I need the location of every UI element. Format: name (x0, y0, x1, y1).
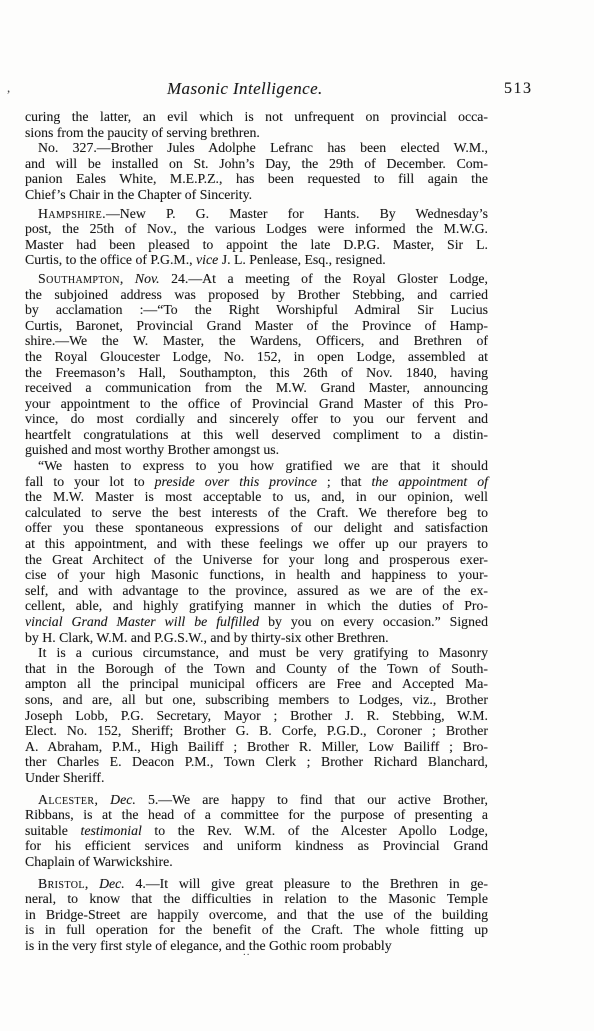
text-line: Elect. No. 152, Sheriff; Brother G. B. C… (25, 723, 488, 739)
body-text: Chief’s Chair in the Chapter of Sincerit… (25, 187, 252, 202)
body-text: in Bridge-Street are happily overcome, a… (25, 907, 488, 922)
text-line: in Bridge-Street are happily overcome, a… (25, 907, 488, 923)
text-line: shire.—We the W. Master, the Wardens, Of… (25, 333, 488, 349)
text-line: is in full operation for the benefit of … (25, 922, 488, 938)
body-text: cise of your high Masonic functions, in … (25, 567, 488, 582)
body-text: —New P. G. Master for Hants. By Wednesda… (106, 206, 488, 221)
text-line: sons, and are, all but one, subscribing … (25, 692, 488, 708)
body-text: fall to your lot to (25, 474, 155, 489)
text-line: ampton all the principal municipal offic… (25, 676, 488, 692)
body-text: that in the Borough of the Town and Coun… (25, 661, 488, 676)
text-line: Master had been pleased to appoint the l… (25, 237, 488, 253)
text-line: Southampton, Nov. 24.—At a meeting of th… (25, 271, 488, 287)
running-head-title: Masonic Intelligence. (167, 79, 323, 99)
text-line: Chaplain of Warwickshire. (25, 854, 488, 870)
body-text: calculated to serve the best interests o… (25, 505, 488, 520)
text-line: Ribbans, is at the head of a committee f… (25, 807, 488, 823)
text-line: neral, to know that the difficulties in … (25, 891, 488, 907)
body-text: Ribbans, is at the head of a committee f… (25, 807, 488, 822)
paragraph: Bristol, Dec. 4.—It will give great plea… (25, 876, 488, 954)
paragraph: Southampton, Nov. 24.—At a meeting of th… (25, 271, 488, 458)
text-line: “We hasten to express to you how gratifi… (25, 458, 488, 474)
italic-text: testimonial (81, 823, 142, 838)
text-line: It is a curious circumstance, and must b… (25, 645, 488, 661)
body-text: and will be installed on St. John’s Day,… (25, 156, 488, 171)
italic-text: vice (196, 252, 218, 267)
small-caps-text: Hampshire. (38, 206, 106, 221)
text-line: Alcester, Dec. 5.—We are happy to find t… (25, 792, 488, 808)
text-line: at this appointment, and with these feel… (25, 536, 488, 552)
text-line: offer you these spontaneous expressions … (25, 520, 488, 536)
text-line: vincial Grand Master will be fulfilled b… (25, 614, 488, 630)
text-line: the subjoined address was proposed by Br… (25, 287, 488, 303)
body-text: It is a curious circumstance, and must b… (38, 645, 488, 660)
body-text: 4.—It will give great pleasure to the Br… (125, 876, 488, 891)
italic-text: Dec. (110, 792, 136, 807)
body-text: neral, to know that the difficulties in … (25, 891, 488, 906)
text-line: your appointment to the office of Provin… (25, 396, 488, 412)
body-text: at this appointment, and with these feel… (25, 536, 488, 551)
text-line: sions from the paucity of serving brethr… (25, 125, 488, 141)
text-line: ther Charles E. Deacon P.M., Town Clerk … (25, 754, 488, 770)
paragraph: It is a curious circumstance, and must b… (25, 645, 488, 785)
italic-text: Nov. (135, 271, 160, 286)
body-text: 5.—We are happy to find that our active … (136, 792, 488, 807)
body-text: , (120, 271, 135, 286)
body-text: 24.—At a meeting of the Royal Gloster Lo… (160, 271, 488, 286)
paragraph: Alcester, Dec. 5.—We are happy to find t… (25, 792, 488, 870)
text-line: the Great Architect of the Universe for … (25, 552, 488, 568)
text-line: Under Sheriff. (25, 770, 488, 786)
text-line: by acclamation :—“To the Right Worshipfu… (25, 302, 488, 318)
body-text: curing the latter, an evil which is not … (25, 109, 488, 124)
text-line: A. Abraham, P.M., High Bailiff ; Brother… (25, 739, 488, 755)
body-text: the subjoined address was proposed by Br… (25, 287, 488, 302)
text-line: Curtis, to the office of P.G.M., vice J.… (25, 252, 488, 268)
text-line: curing the latter, an evil which is not … (25, 109, 488, 125)
text-line: Chief’s Chair in the Chapter of Sincerit… (25, 187, 488, 203)
body-text: by acclamation :—“To the Right Worshipfu… (25, 302, 488, 317)
text-line: panion Eales White, M.E.P.Z., has been r… (25, 171, 488, 187)
ink-speck-mark: , (7, 80, 10, 96)
body-text: shire.—We the W. Master, the Wardens, Of… (25, 333, 488, 348)
text-line: the M.W. Master is most acceptable to us… (25, 489, 488, 505)
body-text: J. L. Penlease, Esq., resigned. (218, 252, 385, 267)
text-line: the Freemason’s Hall, Southampton, this … (25, 365, 488, 381)
text-line: post, the 25th of Nov., the various Lodg… (25, 221, 488, 237)
body-text: Under Sheriff. (25, 770, 104, 785)
scan-artifact-mark: .. (243, 946, 251, 958)
body-text: ; that (317, 474, 372, 489)
body-text: Chaplain of Warwickshire. (25, 854, 173, 869)
text-line: cise of your high Masonic functions, in … (25, 567, 488, 583)
body-text: Joseph Lobb, P.G. Secretary, Mayor ; Bro… (25, 708, 488, 723)
body-text: ampton all the principal municipal offic… (25, 676, 488, 691)
small-caps-text: Bristol (38, 876, 85, 891)
body-text: by you on every occasion.” Signed (259, 614, 488, 629)
small-caps-text: Alcester (38, 792, 95, 807)
text-line: guished and most worthy Brother amongst … (25, 442, 488, 458)
paragraph: No. 327.—Brother Jules Adolphe Lefranc h… (25, 140, 488, 202)
body-text: suitable (25, 823, 81, 838)
text-line: for his efficient services and uniform k… (25, 838, 488, 854)
text-line: is in the very first style of elegance, … (25, 938, 488, 954)
article-body: curing the latter, an evil which is not … (25, 109, 488, 953)
text-line: fall to your lot to preside over this pr… (25, 474, 488, 490)
body-text: for his efficient services and uniform k… (25, 838, 488, 853)
body-text: post, the 25th of Nov., the various Lodg… (25, 221, 488, 236)
italic-text: vincial Grand Master will be fulfilled (25, 614, 259, 629)
italic-text: preside over this province (155, 474, 317, 489)
body-text: No. 327.—Brother Jules Adolphe Lefranc h… (38, 140, 488, 155)
text-line: Joseph Lobb, P.G. Secretary, Mayor ; Bro… (25, 708, 488, 724)
body-text: ther Charles E. Deacon P.M., Town Clerk … (25, 754, 488, 769)
scanned-page: Masonic Intelligence. 513 , curing the l… (0, 0, 594, 1031)
body-text: Curtis, to the office of P.G.M., (25, 252, 196, 267)
text-line: Curtis, Baronet, Provincial Grand Master… (25, 318, 488, 334)
body-text: sons, and are, all but one, subscribing … (25, 692, 488, 707)
body-text: the Freemason’s Hall, Southampton, this … (25, 365, 488, 380)
body-text: Curtis, Baronet, Provincial Grand Master… (25, 318, 488, 333)
text-line: Bristol, Dec. 4.—It will give great plea… (25, 876, 488, 892)
paragraph: “We hasten to express to you how gratifi… (25, 458, 488, 645)
body-text: is in full operation for the benefit of … (25, 922, 488, 937)
italic-text: Dec. (99, 876, 125, 891)
body-text: received a communication from the M.W. G… (25, 380, 488, 395)
body-text: the M.W. Master is most acceptable to us… (25, 489, 488, 504)
body-text: the Great Architect of the Universe for … (25, 552, 488, 567)
body-text: Elect. No. 152, Sheriff; Brother G. B. C… (25, 723, 488, 738)
body-text: panion Eales White, M.E.P.Z., has been r… (25, 171, 488, 186)
body-text: cellent, able, and highly gratifying man… (25, 598, 488, 613)
text-line: No. 327.—Brother Jules Adolphe Lefranc h… (25, 140, 488, 156)
text-line: and will be installed on St. John’s Day,… (25, 156, 488, 172)
italic-text: the appointment of (371, 474, 488, 489)
body-text: to the Rev. W.M. of the Alcester Apollo … (142, 823, 488, 838)
small-caps-text: Southampton (38, 271, 120, 286)
paragraph: curing the latter, an evil which is not … (25, 109, 488, 140)
paragraph: Hampshire.—New P. G. Master for Hants. B… (25, 206, 488, 268)
text-line: by H. Clark, W.M. and P.G.S.W., and by t… (25, 630, 488, 646)
page-number: 513 (504, 80, 533, 98)
running-head: Masonic Intelligence. 513 (0, 79, 594, 103)
text-line: heartfelt congratulations at this well d… (25, 427, 488, 443)
body-text: offer you these spontaneous expressions … (25, 520, 488, 535)
body-text: your appointment to the office of Provin… (25, 396, 488, 411)
text-line: the Royal Gloucester Lodge, No. 152, in … (25, 349, 488, 365)
body-text: A. Abraham, P.M., High Bailiff ; Brother… (25, 739, 488, 754)
text-line: calculated to serve the best interests o… (25, 505, 488, 521)
body-text: the Royal Gloucester Lodge, No. 152, in … (25, 349, 488, 364)
body-text: vince, do most cordially and sincerely o… (25, 411, 488, 426)
body-text: guished and most worthy Brother amongst … (25, 442, 279, 457)
body-text: is in the very first style of elegance, … (25, 938, 392, 953)
text-line: cellent, able, and highly gratifying man… (25, 598, 488, 614)
body-text: “We hasten to express to you how gratifi… (38, 458, 488, 473)
body-text: , (85, 876, 99, 891)
body-text: sions from the paucity of serving brethr… (25, 125, 260, 140)
text-line: self, and with advantage to the province… (25, 583, 488, 599)
body-text: heartfelt congratulations at this well d… (25, 427, 488, 442)
text-line: Hampshire.—New P. G. Master for Hants. B… (25, 206, 488, 222)
body-text: self, and with advantage to the province… (25, 583, 488, 598)
body-text: Master had been pleased to appoint the l… (25, 237, 488, 252)
text-line: received a communication from the M.W. G… (25, 380, 488, 396)
body-text: by H. Clark, W.M. and P.G.S.W., and by t… (25, 630, 389, 645)
text-line: that in the Borough of the Town and Coun… (25, 661, 488, 677)
text-line: suitable testimonial to the Rev. W.M. of… (25, 823, 488, 839)
text-line: vince, do most cordially and sincerely o… (25, 411, 488, 427)
body-text: , (95, 792, 111, 807)
